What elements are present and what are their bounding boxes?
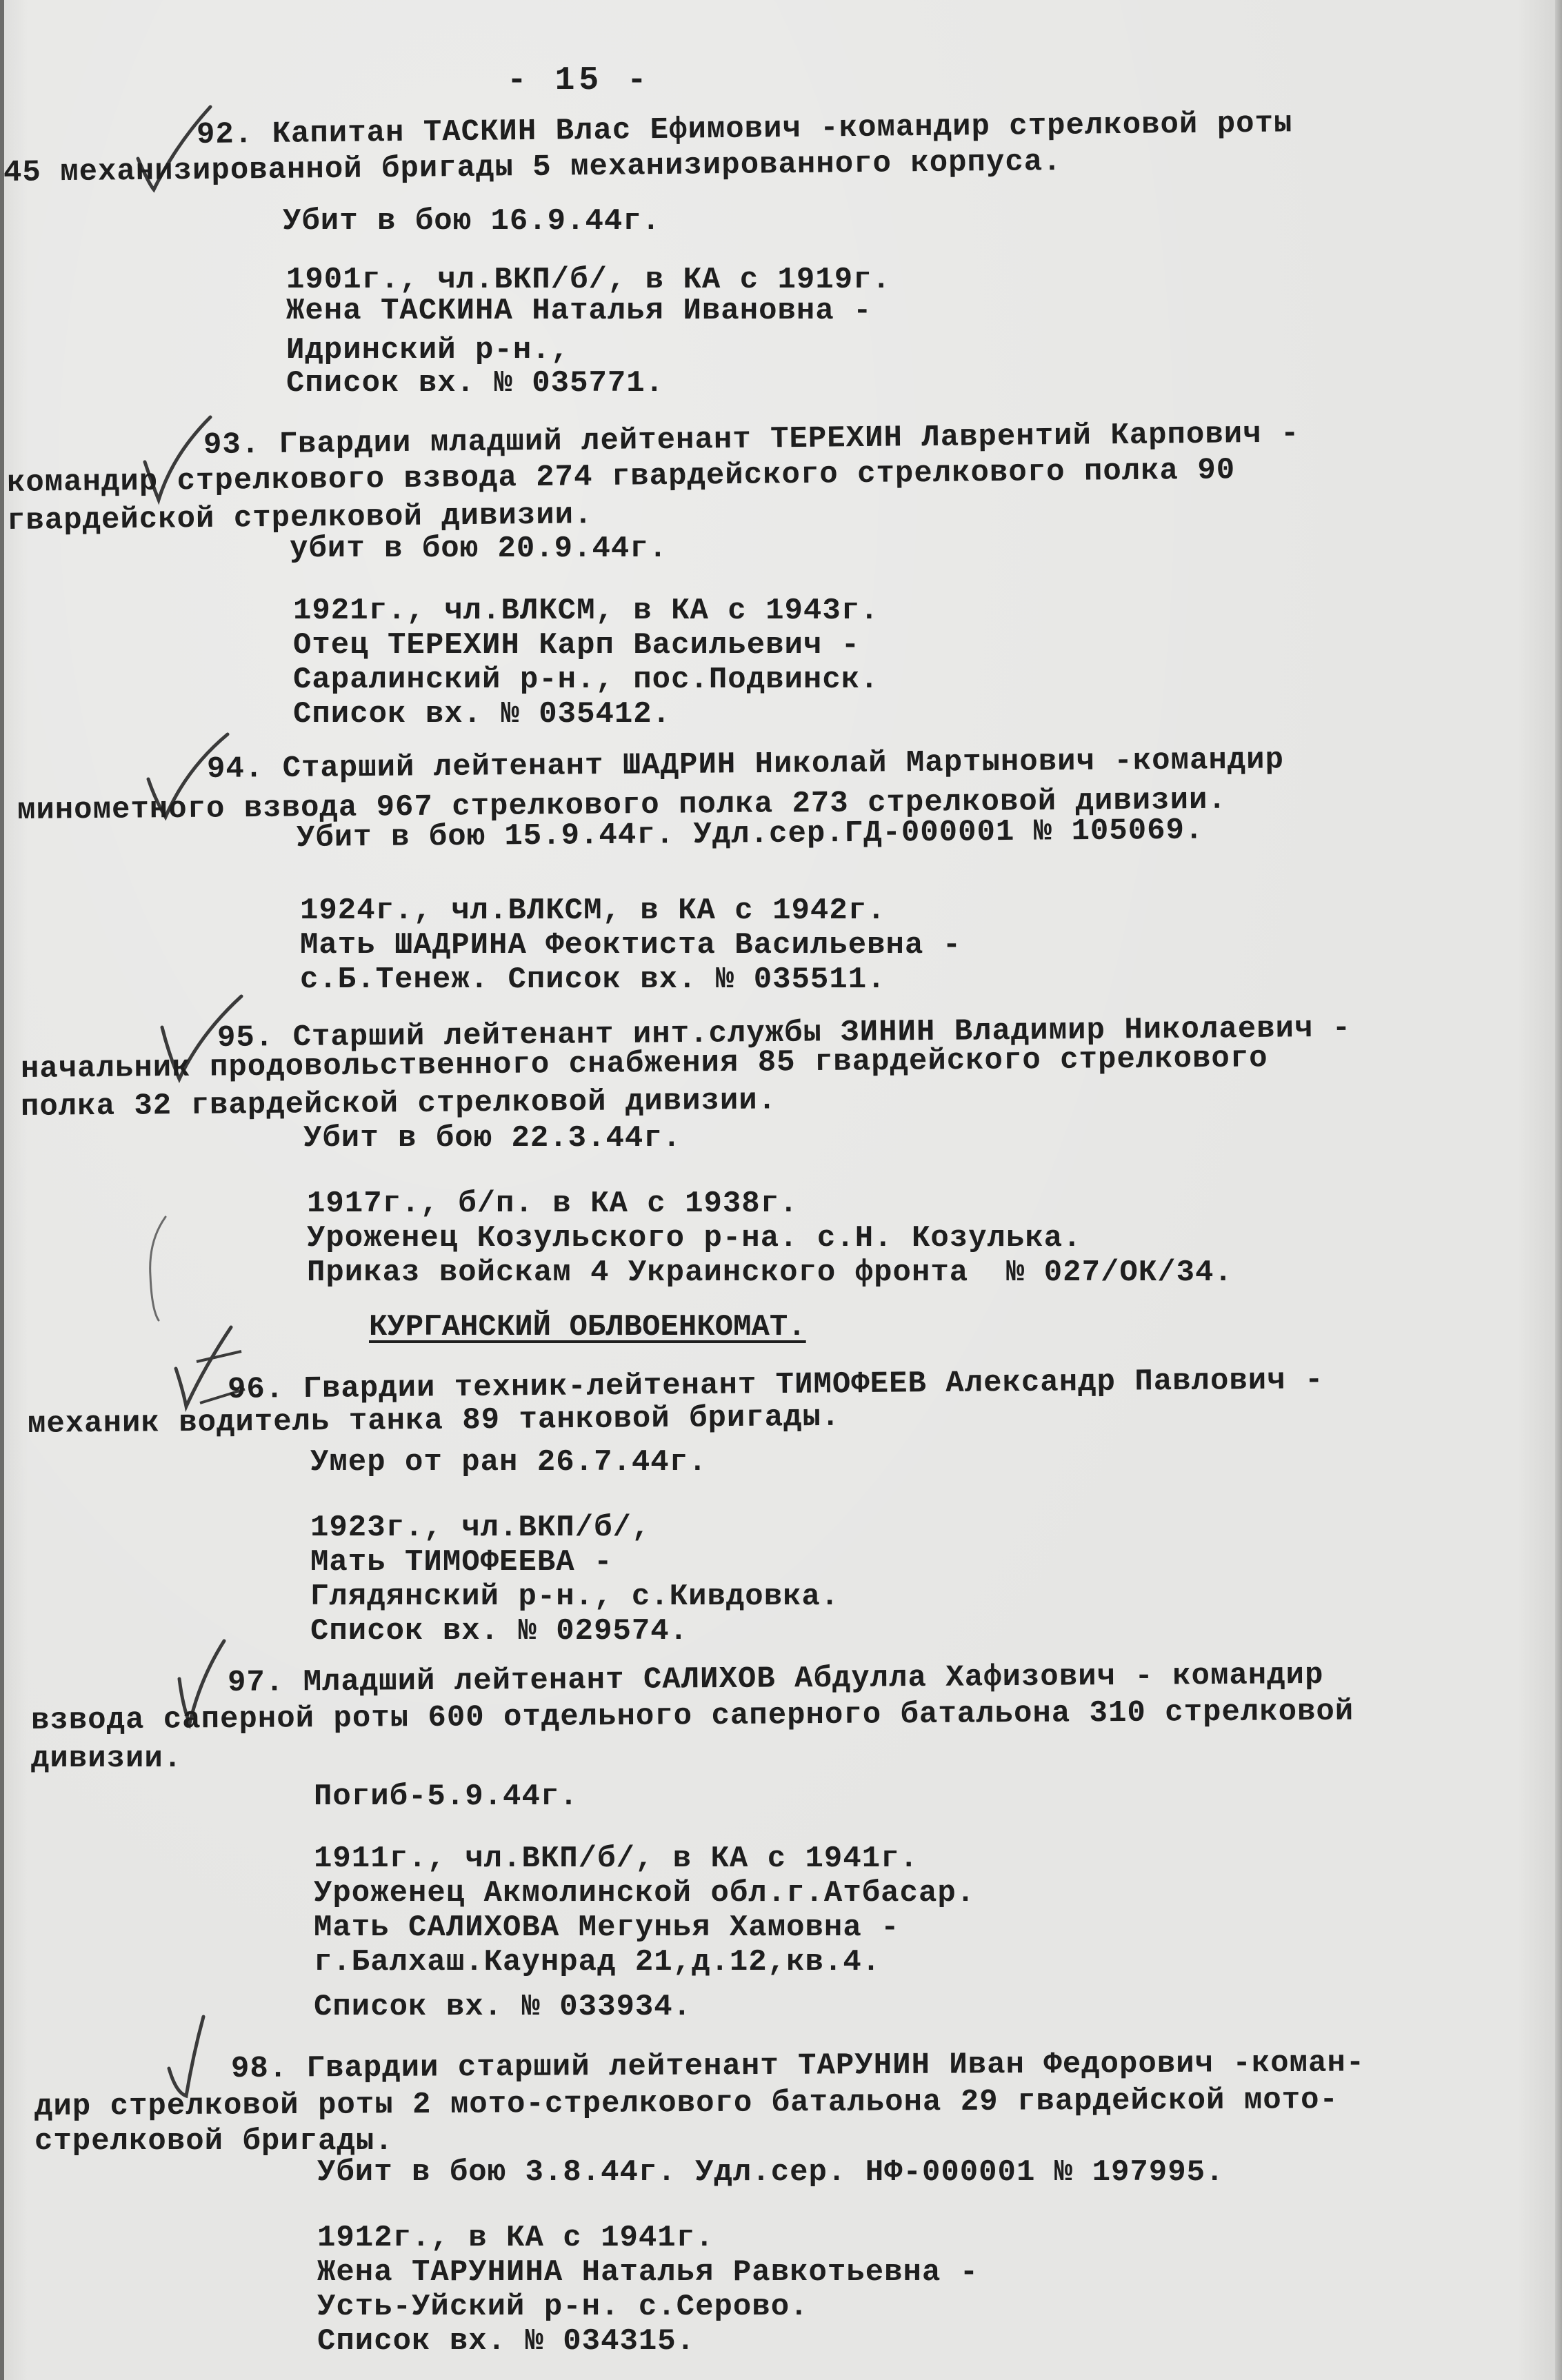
entry-92-detail-2: Жена ТАСКИНА Наталья Ивановна - — [286, 293, 872, 329]
entry-97-detail-4: г.Балхаш.Каунрад 21,д.12,кв.4. — [314, 1944, 881, 1980]
section-heading: КУРГАНСКИЙ ОБЛВОЕНКОМАТ. — [369, 1310, 806, 1344]
entry-92-detail-4: Список вх. № 035771. — [286, 365, 664, 401]
entry-97-detail-5: Список вх. № 033934. — [314, 1989, 692, 2025]
entry-92-line-1: 92. Капитан ТАСКИН Влас Ефимович -команд… — [197, 105, 1293, 153]
entry-94-detail-2: Мать ШАДРИНА Феоктиста Васильевна - — [300, 927, 961, 963]
entry-95-detail-2: Уроженец Козульского р-на. с.Н. Козулька… — [307, 1220, 1082, 1256]
entry-93-detail-3: Саралинский р-н., пос.Подвинск. — [293, 662, 879, 698]
entry-96-detail-4: Список вх. № 029574. — [310, 1613, 688, 1649]
entry-94-detail-1: 1924г., чл.ВЛКСМ, в КА с 1942г. — [300, 893, 886, 929]
entry-97-line-1: 97. Младший лейтенант САЛИХОВ Абдулла Ха… — [228, 1657, 1324, 1701]
entry-96-line-3: Умер от ран 26.7.44г. — [310, 1444, 708, 1480]
page-number: - 15 - — [507, 62, 651, 99]
entry-97-detail-3: Мать САЛИХОВА Мегунья Хамовна - — [314, 1910, 900, 1946]
entry-97-detail-2: Уроженец Акмолинской обл.г.Атбасар. — [314, 1875, 975, 1911]
entry-98-line-2: дир стрелковой роты 2 мото-стрелкового б… — [34, 2082, 1339, 2125]
entry-96-line-2: механик водитель танка 89 танковой брига… — [28, 1400, 841, 1442]
entry-95-line-4: Убит в бою 22.3.44г. — [303, 1120, 681, 1156]
document-page: - 15 - 92. Капитан ТАСКИН Влас Ефимович … — [0, 0, 1562, 2380]
pencil-mark-icon — [138, 1213, 186, 1324]
entry-98-detail-1: 1912г., в КА с 1941г. — [317, 2220, 714, 2256]
entry-93-line-4: убит в бою 20.9.44г. — [290, 531, 668, 567]
entry-98-line-1: 98. Гвардии старший лейтенант ТАРУНИН Ив… — [231, 2045, 1365, 2087]
entry-98-detail-3: Усть-Уйский р-н. с.Серово. — [317, 2289, 809, 2325]
scan-edge-left — [0, 0, 4, 2380]
entry-97-line-3: дивизии. — [31, 1741, 182, 1777]
entry-93-detail-2: Отец ТЕРЕХИН Карп Васильевич - — [293, 627, 860, 663]
entry-96-detail-2: Мать ТИМОФЕЕВА - — [310, 1544, 612, 1580]
entry-98-line-4: Убит в бою 3.8.44г. Удл.сер. НФ-000001 №… — [317, 2155, 1224, 2190]
scan-edge-right — [1555, 0, 1562, 2380]
entry-96-detail-3: Глядянский р-н., с.Кивдовка. — [310, 1579, 839, 1615]
entry-93-detail-4: Список вх. № 035412. — [293, 696, 671, 732]
entry-92-detail-3: Идринский р-н., — [286, 332, 570, 368]
entry-94-line-3: Убит в бою 15.9.44г. Удл.сер.ГД-000001 №… — [297, 813, 1204, 856]
entry-95-detail-1: 1917г., б/п. в КА с 1938г. — [307, 1186, 799, 1222]
entry-97-detail-1: 1911г., чл.ВКП/б/, в КА с 1941г. — [314, 1841, 919, 1877]
entry-98-detail-2: Жена ТАРУНИНА Наталья Равкотьевна - — [317, 2255, 979, 2290]
entry-93-detail-1: 1921г., чл.ВЛКСМ, в КА с 1943г. — [293, 593, 879, 629]
entry-94-detail-3: с.Б.Тенеж. Список вх. № 035511. — [300, 962, 886, 998]
entry-95-line-3: полка 32 гвардейской стрелковой дивизии. — [21, 1082, 777, 1125]
entry-95-detail-3: Приказ войскам 4 Украинского фронта № 02… — [307, 1255, 1233, 1291]
entry-94-line-1: 94. Старший лейтенант ШАДРИН Николай Мар… — [207, 742, 1284, 787]
entry-97-line-4: Погиб-5.9.44г. — [314, 1779, 579, 1815]
entry-92-line-3: Убит в бою 16.9.44г. — [283, 203, 661, 239]
entry-98-detail-4: Список вх. № 034315. — [317, 2323, 695, 2359]
entry-96-detail-1: 1923г., чл.ВКП/б/, — [310, 1510, 650, 1546]
